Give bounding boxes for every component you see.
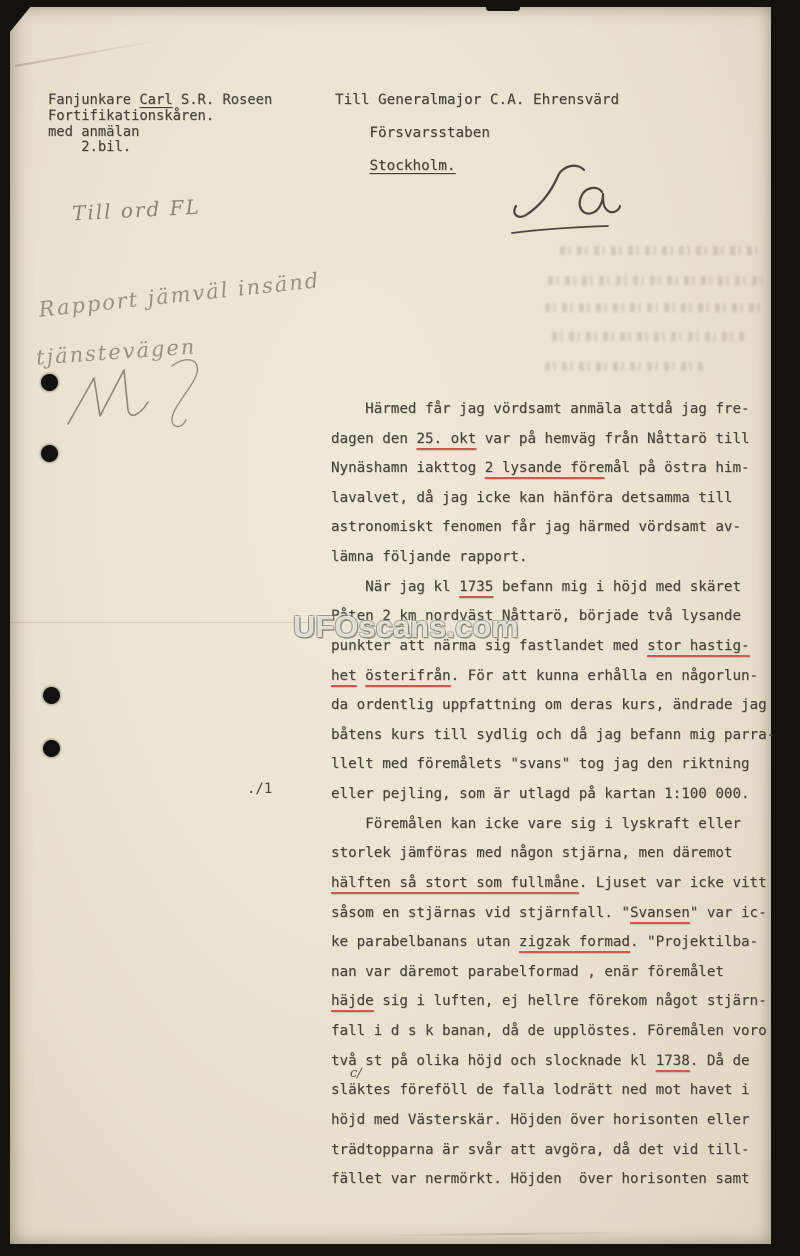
scan-edge-bottom xyxy=(0,1244,800,1256)
text-line: llelt med föremålets "svans" tog jag den… xyxy=(331,756,750,772)
hole-punch xyxy=(43,740,60,757)
scan-edge-left xyxy=(0,0,10,1256)
hole-punch xyxy=(43,687,60,704)
text-line: Stockholm. xyxy=(335,158,456,174)
text-line: två st på olika höjd och slocknade kl 17… xyxy=(331,1053,750,1069)
text-line: med anmälan xyxy=(48,124,139,140)
verso-bleed-through xyxy=(545,362,705,371)
text-line: storlek jämföras med någon stjärna, men … xyxy=(331,845,732,861)
text-line: häjde sig i luften, ej hellre förekom nå… xyxy=(331,993,767,1009)
text-line: fall i d s k banan, då de upplöstes. För… xyxy=(331,1023,767,1039)
text-line: Härmed får jag vördsamt anmäla attdå jag… xyxy=(331,401,750,417)
text-line: höjd med Västerskär. Höjden över horison… xyxy=(331,1112,750,1128)
text-line: lavalvet, då jag icke kan hänföra detsam… xyxy=(331,490,732,506)
ufoscans-watermark: UFOscans.com xyxy=(293,609,519,645)
text-line: Nynäshamn iakttog 2 lysande föremål på ö… xyxy=(331,460,750,476)
document-scan: Fanjunkare Carl S.R. RoseenFortifikation… xyxy=(0,0,800,1256)
text-line: da ordentlig uppfattning om deras kurs, … xyxy=(331,697,767,713)
text-line: När jag kl 1735 befann mig i höjd med sk… xyxy=(331,579,741,595)
text-line: trädtopparna är svår att avgöra, då det … xyxy=(331,1142,750,1158)
margin-reference-note: ./1 xyxy=(247,781,272,797)
hole-punch xyxy=(41,374,58,391)
verso-bleed-through xyxy=(552,332,747,341)
text-line: het österifrån. För att kunna erhålla en… xyxy=(331,668,758,684)
text-line: fället var nermörkt. Höjden över horison… xyxy=(331,1171,750,1187)
text-line: Försvarsstaben xyxy=(335,125,490,141)
handwritten-initials-sa xyxy=(498,160,624,242)
text-line: lämna följande rapport. xyxy=(331,549,527,565)
text-line: båtens kurs till sydlig och då jag befan… xyxy=(331,727,775,743)
scan-edge-right xyxy=(771,0,800,1256)
pencil-signature-scribble xyxy=(60,352,260,432)
pencil-insertion-mark: c/ xyxy=(350,1066,362,1081)
text-line: Till Generalmajor C.A. Ehrensvärd xyxy=(335,92,619,108)
text-line: dagen den 25. okt var på hemväg från Nåt… xyxy=(331,431,750,447)
verso-bleed-through xyxy=(548,276,763,285)
text-line: såsom en stjärnas vid stjärnfall. "Svans… xyxy=(331,905,767,921)
verso-bleed-through xyxy=(545,303,765,312)
text-line: Fortifikationskåren. xyxy=(48,108,214,124)
text-line: släktes föreföll de falla lodrätt ned mo… xyxy=(331,1082,750,1098)
scan-edge-notch xyxy=(486,0,520,11)
text-line: 2.bil. xyxy=(48,139,131,155)
verso-bleed-through xyxy=(560,246,760,255)
hole-punch xyxy=(41,445,58,462)
text-line: Fanjunkare Carl S.R. Roseen xyxy=(48,92,272,108)
text-line: nan var däremot parabelformad , enär för… xyxy=(331,964,724,980)
text-line: eller pejling, som är utlagd på kartan 1… xyxy=(331,786,750,802)
scan-edge-top xyxy=(0,0,800,7)
text-line: ke parabelbanans utan zigzak formad. "Pr… xyxy=(331,934,758,950)
text-line: Föremålen kan icke vare sig i lyskraft e… xyxy=(331,816,741,832)
text-line: hälften så stort som fullmåne. Ljuset va… xyxy=(331,875,767,891)
text-line: astronomiskt fenomen får jag härmed vörd… xyxy=(331,519,741,535)
